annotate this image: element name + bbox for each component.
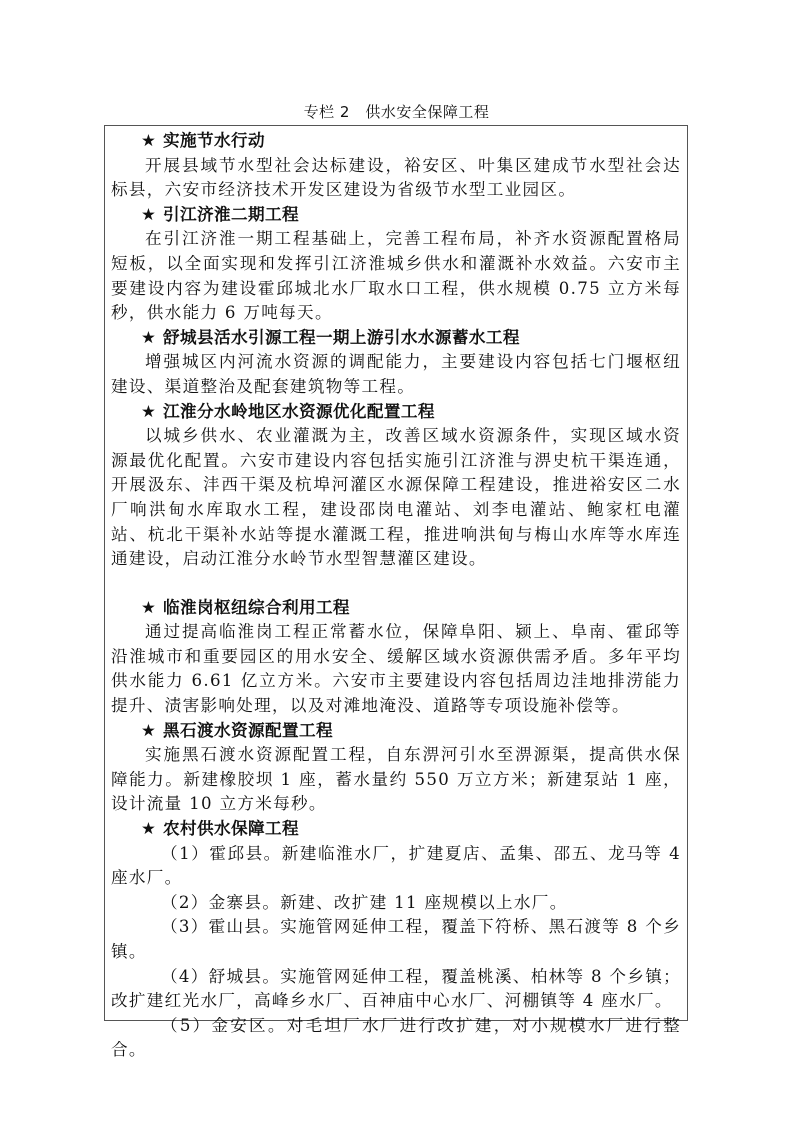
section-heading: ★农村供水保障工程 — [111, 817, 681, 842]
section-body: 开展县域节水型社会达标建设，裕安区、叶集区建成节水型社会达标县，六安市经济技术开… — [111, 154, 681, 203]
section-body: 增强城区内河流水资源的调配能力，主要建设内容包括七门堰枢纽建设、渠道整治及配套建… — [111, 350, 681, 399]
list-item: （5）金安区。对毛坦厂水厂进行改扩建，对小规模水厂进行整合。 — [111, 1014, 681, 1063]
heading-text: 农村供水保障工程 — [163, 819, 299, 838]
section-body: 以城乡供水、农业灌溉为主，改善区域水资源条件，实现区域水资源最优化配置。六安市建… — [111, 424, 681, 572]
heading-text: 舒城县活水引源工程一期上游引水水源蓄水工程 — [163, 328, 520, 347]
section-heading: ★实施节水行动 — [111, 129, 681, 154]
section-body: 在引江济淮一期工程基础上，完善工程布局，补齐水资源配置格局短板，以全面实现和发挥… — [111, 227, 681, 325]
page-title: 专栏 2 供水安全保障工程 — [0, 101, 793, 122]
section-body: 通过提高临淮岗工程正常蓄水位，保障阜阳、颍上、阜南、霍邱等沿淮城市和重要园区的用… — [111, 620, 681, 718]
list-item: （1）霍邱县。新建临淮水厂，扩建夏店、孟集、邵五、龙马等 4 座水厂。 — [111, 842, 681, 891]
list-item: （3）霍山县。实施管网延伸工程，覆盖下符桥、黑石渡等 8 个乡镇。 — [111, 915, 681, 964]
section-heading: ★江淮分水岭地区水资源优化配置工程 — [111, 400, 681, 425]
heading-text: 临淮岗枢纽综合利用工程 — [163, 598, 350, 617]
heading-text: 引江济淮二期工程 — [163, 205, 299, 224]
heading-text: 黑石渡水资源配置工程 — [163, 721, 333, 740]
section-heading: ★临淮岗枢纽综合利用工程 — [111, 596, 681, 621]
star-icon: ★ — [141, 719, 163, 744]
star-icon: ★ — [141, 203, 163, 228]
section-heading: ★引江济淮二期工程 — [111, 203, 681, 228]
list-item: （4）舒城县。实施管网延伸工程，覆盖桃溪、柏林等 8 个乡镇；改扩建红光水厂，高… — [111, 965, 681, 1014]
star-icon: ★ — [141, 817, 163, 842]
star-icon: ★ — [141, 400, 163, 425]
heading-text: 江淮分水岭地区水资源优化配置工程 — [163, 402, 435, 421]
section-heading: ★舒城县活水引源工程一期上游引水水源蓄水工程 — [111, 326, 681, 351]
star-icon: ★ — [141, 129, 163, 154]
list-item: （2）金寨县。新建、改扩建 11 座规模以上水厂。 — [111, 891, 681, 916]
star-icon: ★ — [141, 326, 163, 351]
section-body: 实施黑石渡水资源配置工程，自东淠河引水至淠源渠，提高供水保障能力。新建橡胶坝 1… — [111, 743, 681, 817]
spacer — [111, 572, 681, 596]
section-heading: ★黑石渡水资源配置工程 — [111, 719, 681, 744]
heading-text: 实施节水行动 — [163, 131, 265, 150]
feature-box: ★实施节水行动 开展县域节水型社会达标建设，裕安区、叶集区建成节水型社会达标县，… — [104, 125, 688, 1021]
star-icon: ★ — [141, 596, 163, 621]
